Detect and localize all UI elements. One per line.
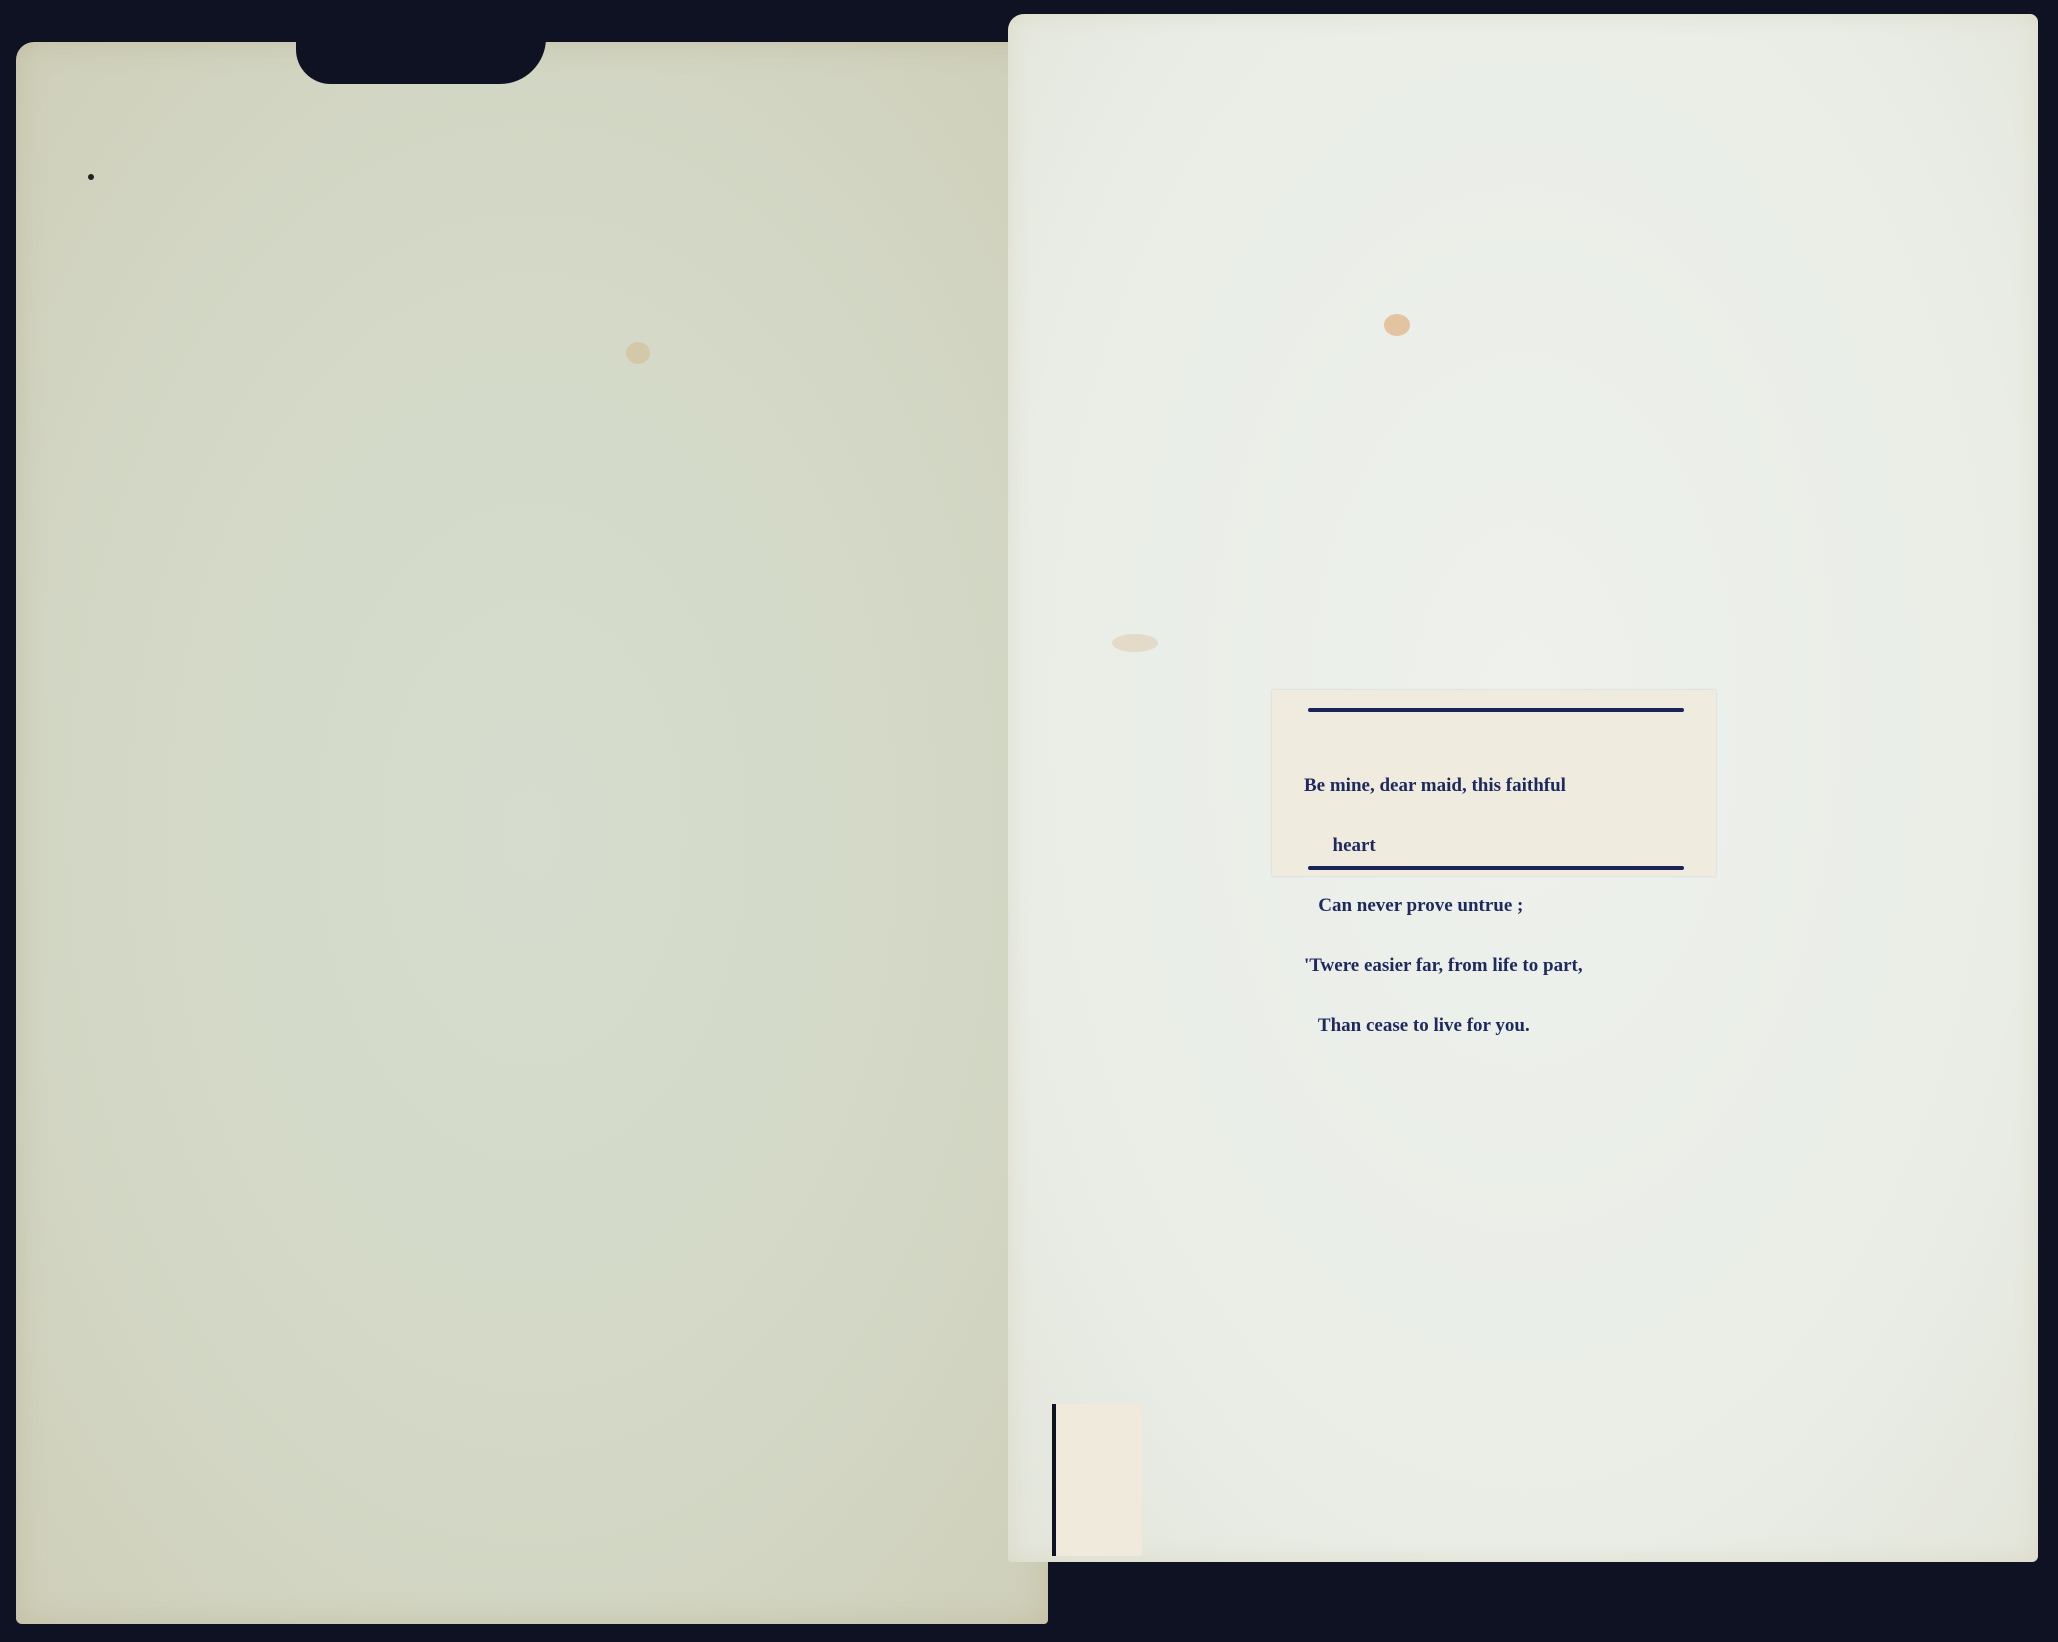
torn-page-stub	[1052, 1404, 1142, 1556]
stain	[1112, 634, 1158, 652]
ink-speck	[88, 174, 94, 180]
verse-clipping: Be mine, dear maid, this faithful heart …	[1272, 690, 1716, 876]
bottom-rule	[1308, 866, 1684, 870]
top-rule	[1308, 708, 1684, 712]
stain	[1384, 314, 1410, 336]
verse-line: heart	[1304, 836, 1694, 856]
torn-edge	[296, 38, 546, 84]
stain	[626, 342, 650, 364]
verse-line: Be mine, dear maid, this faithful	[1304, 776, 1694, 796]
verse-line: 'Twere easier far, from life to part,	[1304, 956, 1694, 976]
left-page	[16, 42, 1048, 1624]
verse-text: Be mine, dear maid, this faithful heart …	[1304, 736, 1694, 1076]
verse-line: Than cease to live for you.	[1304, 1016, 1694, 1036]
verse-line: Can never prove untrue ;	[1304, 896, 1694, 916]
